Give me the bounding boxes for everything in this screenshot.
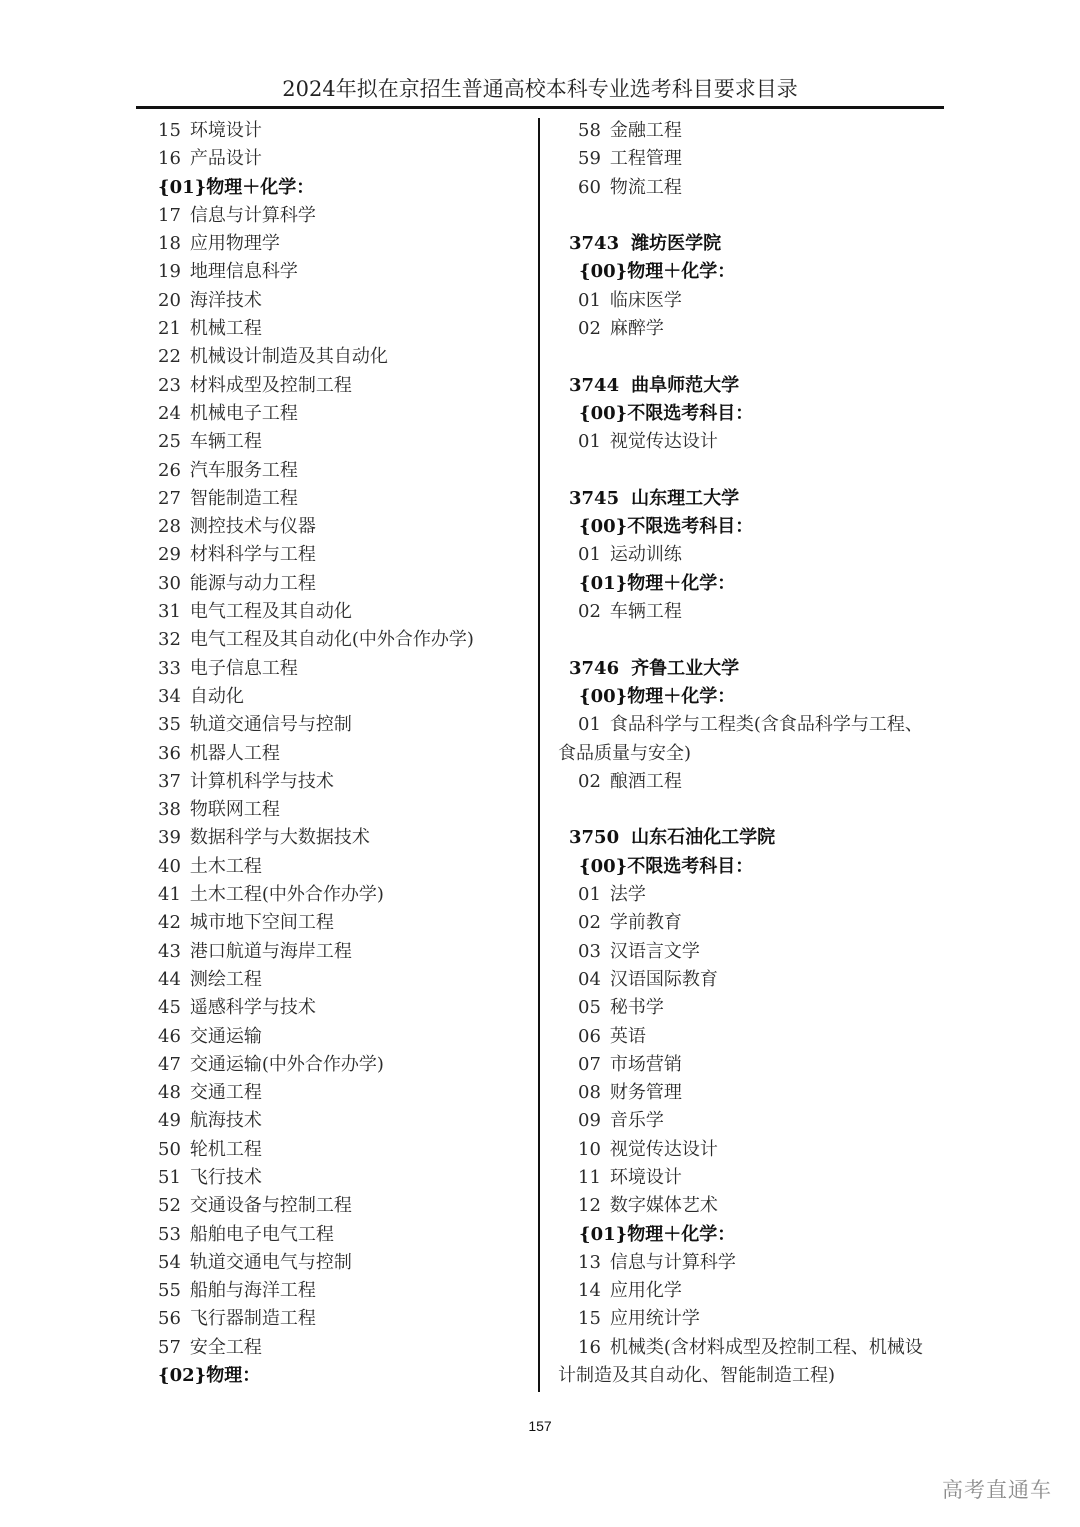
major-name: 飞行器制造工程 — [190, 1308, 316, 1329]
major-code: 05 — [578, 994, 601, 1022]
major-code: 18 — [158, 230, 181, 258]
major-item: 58金融工程 — [558, 117, 948, 145]
major-item: 05秘书学 — [558, 994, 948, 1022]
major-name: 自动化 — [190, 686, 244, 707]
major-name: 遥感科学与技术 — [190, 997, 316, 1018]
major-item: 16产品设计 — [158, 145, 528, 173]
major-item: 26汽车服务工程 — [158, 457, 528, 485]
major-name: 船舶与海洋工程 — [190, 1280, 316, 1301]
major-name: 飞行技术 — [190, 1167, 262, 1188]
major-item: 10视觉传达设计 — [558, 1136, 948, 1164]
major-item: 15环境设计 — [158, 117, 528, 145]
major-code: 48 — [158, 1079, 181, 1107]
major-item: 33电子信息工程 — [158, 655, 528, 683]
major-name: 城市地下空间工程 — [190, 912, 334, 933]
major-item-continuation: 计制造及其自动化、智能制造工程) — [558, 1362, 948, 1390]
major-name: 运动训练 — [610, 544, 682, 565]
major-item: 44测绘工程 — [158, 966, 528, 994]
major-code: 17 — [158, 202, 181, 230]
major-item: 17信息与计算科学 — [158, 202, 528, 230]
blank-spacer — [558, 457, 948, 485]
major-name: 船舶电子电气工程 — [190, 1224, 334, 1245]
major-item: 25车辆工程 — [158, 428, 528, 456]
major-name: 土木工程 — [190, 856, 262, 877]
major-item: 27智能制造工程 — [158, 485, 528, 513]
major-item: 40土木工程 — [158, 853, 528, 881]
major-name: 材料成型及控制工程 — [190, 375, 352, 396]
major-item: 50轮机工程 — [158, 1136, 528, 1164]
major-item: 02麻醉学 — [558, 315, 948, 343]
major-name: 机械类(含材料成型及控制工程、机械设 — [610, 1337, 923, 1358]
major-code: 60 — [578, 174, 601, 202]
major-item: 35轨道交通信号与控制 — [158, 711, 528, 739]
major-item: 03汉语言文学 — [558, 938, 948, 966]
major-code: 11 — [578, 1164, 601, 1192]
major-item: 56飞行器制造工程 — [158, 1305, 528, 1333]
major-code: 55 — [158, 1277, 181, 1305]
major-name: 信息与计算科学 — [610, 1252, 736, 1273]
major-name: 轮机工程 — [190, 1139, 262, 1160]
major-item: 31电气工程及其自动化 — [158, 598, 528, 626]
major-name: 机械工程 — [190, 318, 262, 339]
major-code: 15 — [578, 1305, 601, 1333]
major-code: 59 — [578, 145, 601, 173]
major-name: 产品设计 — [190, 148, 262, 169]
major-code: 49 — [158, 1107, 181, 1135]
school-heading: 3743潍坊医学院 — [558, 230, 948, 258]
major-code: 31 — [158, 598, 181, 626]
major-code: 40 — [158, 853, 181, 881]
major-item: 37计算机科学与技术 — [158, 768, 528, 796]
subject-requirement-heading: {01}物理＋化学： — [158, 174, 528, 202]
major-item: 13信息与计算科学 — [558, 1249, 948, 1277]
major-name: 环境设计 — [610, 1167, 682, 1188]
major-name: 数据科学与大数据技术 — [190, 827, 370, 848]
major-name: 英语 — [610, 1026, 646, 1047]
major-item: 29材料科学与工程 — [158, 541, 528, 569]
major-item: 54轨道交通电气与控制 — [158, 1249, 528, 1277]
major-item: 02学前教育 — [558, 909, 948, 937]
major-item: 60物流工程 — [558, 174, 948, 202]
major-code: 13 — [578, 1249, 601, 1277]
major-code: 04 — [578, 966, 601, 994]
major-code: 20 — [158, 287, 181, 315]
major-code: 21 — [158, 315, 181, 343]
major-name: 材料科学与工程 — [190, 544, 316, 565]
major-name: 视觉传达设计 — [610, 1139, 718, 1160]
major-code: 01 — [578, 541, 601, 569]
school-heading: 3744曲阜师范大学 — [558, 372, 948, 400]
major-name: 麻醉学 — [610, 318, 664, 339]
major-item: 49航海技术 — [158, 1107, 528, 1135]
major-code: 02 — [578, 598, 601, 626]
major-item: 01法学 — [558, 881, 948, 909]
major-item: 22机械设计制造及其自动化 — [158, 343, 528, 371]
major-item: 11环境设计 — [558, 1164, 948, 1192]
major-code: 44 — [158, 966, 181, 994]
major-name: 港口航道与海岸工程 — [190, 941, 352, 962]
major-code: 19 — [158, 258, 181, 286]
major-name: 信息与计算科学 — [190, 205, 316, 226]
blank-spacer — [558, 796, 948, 824]
major-name: 物流工程 — [610, 177, 682, 198]
major-name: 市场营销 — [610, 1054, 682, 1075]
major-item: 08财务管理 — [558, 1079, 948, 1107]
major-item: 02车辆工程 — [558, 598, 948, 626]
major-name: 交通工程 — [190, 1082, 262, 1103]
major-item: 51飞行技术 — [158, 1164, 528, 1192]
school-heading: 3750山东石油化工学院 — [558, 824, 948, 852]
major-item: 07市场营销 — [558, 1051, 948, 1079]
major-item: 18应用物理学 — [158, 230, 528, 258]
major-item: 12数字媒体艺术 — [558, 1192, 948, 1220]
major-name: 应用化学 — [610, 1280, 682, 1301]
major-code: 10 — [578, 1136, 601, 1164]
major-name: 计算机科学与技术 — [190, 771, 334, 792]
major-code: 37 — [158, 768, 181, 796]
major-code: 16 — [578, 1334, 601, 1362]
major-item: 43港口航道与海岸工程 — [158, 938, 528, 966]
major-code: 57 — [158, 1334, 181, 1362]
major-item: 32电气工程及其自动化(中外合作办学) — [158, 626, 528, 654]
major-code: 43 — [158, 938, 181, 966]
major-code: 32 — [158, 626, 181, 654]
subject-requirement-heading: {01}物理＋化学： — [558, 570, 948, 598]
major-name: 轨道交通信号与控制 — [190, 714, 352, 735]
major-name: 食品科学与工程类(含食品科学与工程、 — [610, 714, 923, 735]
major-code: 02 — [578, 315, 601, 343]
major-code: 02 — [578, 768, 601, 796]
major-name: 电子信息工程 — [190, 658, 298, 679]
major-code: 54 — [158, 1249, 181, 1277]
major-item: 39数据科学与大数据技术 — [158, 824, 528, 852]
major-code: 58 — [578, 117, 601, 145]
major-item: 46交通运输 — [158, 1023, 528, 1051]
major-code: 16 — [158, 145, 181, 173]
major-code: 26 — [158, 457, 181, 485]
major-name: 学前教育 — [610, 912, 682, 933]
major-item: 24机械电子工程 — [158, 400, 528, 428]
major-name: 金融工程 — [610, 120, 682, 141]
major-item: 36机器人工程 — [158, 740, 528, 768]
major-code: 41 — [158, 881, 181, 909]
major-name: 数字媒体艺术 — [610, 1195, 718, 1216]
major-code: 09 — [578, 1107, 601, 1135]
major-item: 01视觉传达设计 — [558, 428, 948, 456]
major-item: 48交通工程 — [158, 1079, 528, 1107]
subject-requirement-heading: {00}不限选考科目： — [558, 400, 948, 428]
major-item: 38物联网工程 — [158, 796, 528, 824]
major-item: 15应用统计学 — [558, 1305, 948, 1333]
major-name: 临床医学 — [610, 290, 682, 311]
column-divider — [538, 118, 540, 1392]
major-code: 50 — [158, 1136, 181, 1164]
major-name: 汽车服务工程 — [190, 460, 298, 481]
major-code: 01 — [578, 881, 601, 909]
major-name: 交通运输(中外合作办学) — [190, 1054, 384, 1075]
right-column: 58金融工程59工程管理60物流工程3743潍坊医学院{00}物理＋化学：01临… — [558, 117, 948, 1390]
school-code: 3745 — [569, 485, 619, 513]
major-name: 土木工程(中外合作办学) — [190, 884, 384, 905]
major-name: 车辆工程 — [190, 431, 262, 452]
major-code: 38 — [158, 796, 181, 824]
major-name: 应用统计学 — [610, 1308, 700, 1329]
school-heading: 3745山东理工大学 — [558, 485, 948, 513]
major-code: 33 — [158, 655, 181, 683]
major-code: 14 — [578, 1277, 601, 1305]
page-title: 2024年拟在京招生普通高校本科专业选考科目要求目录 — [136, 74, 944, 104]
school-code: 3750 — [569, 824, 619, 852]
major-code: 46 — [158, 1023, 181, 1051]
major-name: 法学 — [610, 884, 646, 905]
major-name: 车辆工程 — [610, 601, 682, 622]
major-item: 01运动训练 — [558, 541, 948, 569]
major-code: 47 — [158, 1051, 181, 1079]
blank-spacer — [558, 202, 948, 230]
major-item: 57安全工程 — [158, 1334, 528, 1362]
school-name: 山东理工大学 — [631, 488, 739, 509]
major-name: 应用物理学 — [190, 233, 280, 254]
school-name: 曲阜师范大学 — [631, 375, 739, 396]
subject-requirement-heading: {00}不限选考科目： — [558, 513, 948, 541]
major-name: 物联网工程 — [190, 799, 280, 820]
major-item: 28测控技术与仪器 — [158, 513, 528, 541]
major-name: 安全工程 — [190, 1337, 262, 1358]
major-item: 42城市地下空间工程 — [158, 909, 528, 937]
major-code: 51 — [158, 1164, 181, 1192]
school-code: 3746 — [569, 655, 619, 683]
major-code: 06 — [578, 1023, 601, 1051]
major-name: 海洋技术 — [190, 290, 262, 311]
major-code: 34 — [158, 683, 181, 711]
major-code: 29 — [158, 541, 181, 569]
major-code: 25 — [158, 428, 181, 456]
major-item: 16机械类(含材料成型及控制工程、机械设 — [558, 1334, 948, 1362]
major-code: 03 — [578, 938, 601, 966]
major-code: 22 — [158, 343, 181, 371]
major-name: 音乐学 — [610, 1110, 664, 1131]
major-item: 52交通设备与控制工程 — [158, 1192, 528, 1220]
major-name: 机械电子工程 — [190, 403, 298, 424]
school-code: 3743 — [569, 230, 619, 258]
major-code: 01 — [578, 287, 601, 315]
major-item: 59工程管理 — [558, 145, 948, 173]
major-name: 电气工程及其自动化 — [190, 601, 352, 622]
blank-spacer — [558, 343, 948, 371]
major-name: 机械设计制造及其自动化 — [190, 346, 388, 367]
major-name: 视觉传达设计 — [610, 431, 718, 452]
major-item: 53船舶电子电气工程 — [158, 1221, 528, 1249]
major-name: 机器人工程 — [190, 743, 280, 764]
major-item: 14应用化学 — [558, 1277, 948, 1305]
major-code: 53 — [158, 1221, 181, 1249]
major-name: 秘书学 — [610, 997, 664, 1018]
major-name: 财务管理 — [610, 1082, 682, 1103]
major-name: 交通设备与控制工程 — [190, 1195, 352, 1216]
major-name: 测控技术与仪器 — [190, 516, 316, 537]
major-name: 汉语国际教育 — [610, 969, 718, 990]
major-item: 45遥感科学与技术 — [158, 994, 528, 1022]
major-item: 20海洋技术 — [158, 287, 528, 315]
header-rule — [136, 106, 944, 109]
major-item: 55船舶与海洋工程 — [158, 1277, 528, 1305]
major-item: 09音乐学 — [558, 1107, 948, 1135]
major-item: 21机械工程 — [158, 315, 528, 343]
major-item: 19地理信息科学 — [158, 258, 528, 286]
major-item: 23材料成型及控制工程 — [158, 372, 528, 400]
major-code: 24 — [158, 400, 181, 428]
major-code: 42 — [158, 909, 181, 937]
major-item: 01临床医学 — [558, 287, 948, 315]
subject-requirement-heading: {00}不限选考科目： — [558, 853, 948, 881]
subject-requirement-heading: {02}物理： — [158, 1362, 528, 1390]
subject-requirement-heading: {00}物理＋化学： — [558, 258, 948, 286]
major-name: 环境设计 — [190, 120, 262, 141]
major-code: 02 — [578, 909, 601, 937]
major-code: 39 — [158, 824, 181, 852]
major-code: 36 — [158, 740, 181, 768]
major-name: 电气工程及其自动化(中外合作办学) — [190, 629, 474, 650]
major-item: 41土木工程(中外合作办学) — [158, 881, 528, 909]
major-item: 34自动化 — [158, 683, 528, 711]
major-code: 56 — [158, 1305, 181, 1333]
left-column: 15环境设计16产品设计{01}物理＋化学：17信息与计算科学18应用物理学19… — [158, 117, 528, 1390]
major-item: 06英语 — [558, 1023, 948, 1051]
major-item: 47交通运输(中外合作办学) — [158, 1051, 528, 1079]
major-name: 工程管理 — [610, 148, 682, 169]
major-code: 01 — [578, 711, 601, 739]
major-item: 30能源与动力工程 — [158, 570, 528, 598]
major-code: 27 — [158, 485, 181, 513]
watermark: 高考直通车 — [942, 1474, 1052, 1504]
school-heading: 3746齐鲁工业大学 — [558, 655, 948, 683]
major-code: 45 — [158, 994, 181, 1022]
major-name: 地理信息科学 — [190, 261, 298, 282]
major-name: 轨道交通电气与控制 — [190, 1252, 352, 1273]
major-code: 52 — [158, 1192, 181, 1220]
major-item: 04汉语国际教育 — [558, 966, 948, 994]
major-code: 15 — [158, 117, 181, 145]
major-code: 08 — [578, 1079, 601, 1107]
major-code: 23 — [158, 372, 181, 400]
major-code: 30 — [158, 570, 181, 598]
major-item: 02酿酒工程 — [558, 768, 948, 796]
major-item: 01食品科学与工程类(含食品科学与工程、 — [558, 711, 948, 739]
page-number: 157 — [0, 1418, 1080, 1434]
major-name: 汉语言文学 — [610, 941, 700, 962]
major-code: 01 — [578, 428, 601, 456]
major-name: 能源与动力工程 — [190, 573, 316, 594]
subject-requirement-heading: {01}物理＋化学： — [558, 1221, 948, 1249]
major-name: 交通运输 — [190, 1026, 262, 1047]
major-code: 28 — [158, 513, 181, 541]
school-name: 齐鲁工业大学 — [631, 658, 739, 679]
major-item-continuation: 食品质量与安全) — [558, 740, 948, 768]
school-name: 潍坊医学院 — [631, 233, 721, 254]
major-name: 酿酒工程 — [610, 771, 682, 792]
subject-requirement-heading: {00}物理＋化学： — [558, 683, 948, 711]
major-name: 智能制造工程 — [190, 488, 298, 509]
major-code: 07 — [578, 1051, 601, 1079]
blank-spacer — [558, 626, 948, 654]
major-name: 测绘工程 — [190, 969, 262, 990]
major-code: 12 — [578, 1192, 601, 1220]
school-name: 山东石油化工学院 — [631, 827, 775, 848]
major-code: 35 — [158, 711, 181, 739]
school-code: 3744 — [569, 372, 619, 400]
major-name: 航海技术 — [190, 1110, 262, 1131]
